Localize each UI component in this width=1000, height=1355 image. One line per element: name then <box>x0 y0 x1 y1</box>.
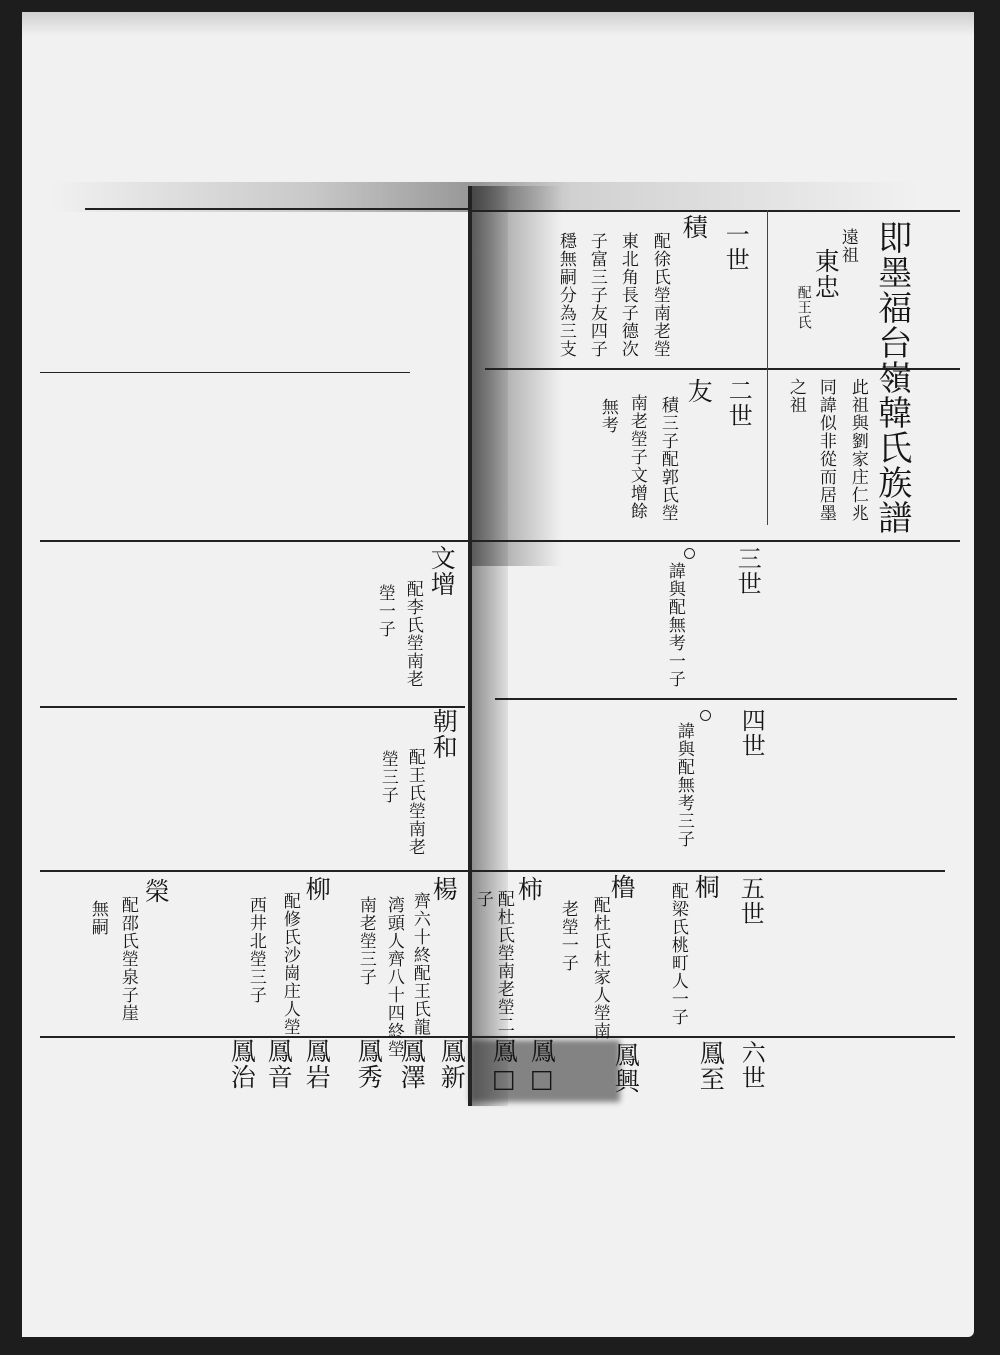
person-name-you: 友 <box>685 378 711 404</box>
person-note-you-1: 積三子配郭氏塋 <box>658 396 676 522</box>
rule-gen5 <box>40 870 945 872</box>
person-name-feng-illegible-2: 鳳□ <box>490 1038 516 1094</box>
person-name-fengxin: 鳳新 <box>438 1038 464 1090</box>
person-note-liu-1: 配修氏沙崗庄人塋 <box>280 892 298 1036</box>
ancestor-note-2: 同諱似非從而居墨 <box>816 378 834 522</box>
person-name-fengzhi2: 鳳治 <box>228 1038 254 1090</box>
person-note-ji-4: 穩無嗣分為三支 <box>556 232 574 358</box>
person-name-chaohe: 朝和 <box>430 708 456 760</box>
person-note-rong-1: 配邵氏塋泉子崖 <box>118 896 136 1022</box>
person-note-ji-2: 東北角長子德次 <box>618 232 636 358</box>
person-note-tong-1: 配梁氏桃町人一子 <box>668 882 686 1026</box>
person-note-ji-3: 子富三子友四子 <box>587 232 605 358</box>
person-note-wenzeng-1: 配李氏塋南老 <box>403 580 421 688</box>
person-note-rong-2: 無嗣 <box>88 900 106 936</box>
generation-label-5: 五世 <box>737 876 762 926</box>
person-note-wenzeng-2: 塋一子 <box>375 584 393 638</box>
person-note-yang-3: 南老塋三子 <box>356 896 374 986</box>
person-note-shi-2: 子 <box>473 890 491 908</box>
generation-label-2: 二世 <box>725 378 750 428</box>
person-note-liu-2: 西井北塋三子 <box>246 896 264 1004</box>
page-title: 即墨福台嶺韓氏族譜 <box>873 220 909 535</box>
person-note-chaohe-1: 配王氏塋南老 <box>405 748 423 856</box>
person-name-shi: 柿 <box>515 876 541 902</box>
rule-gen2 <box>40 372 410 373</box>
person-name-fengxing: 鳳興 <box>612 1042 638 1094</box>
person-note-lu-1: 配杜氏杜家人塋南 <box>590 896 608 1040</box>
person-note-yang-1: 齊六十終配王氏龍 <box>410 892 428 1036</box>
ancestor-name: 東忠 <box>812 248 838 300</box>
rule-gen4-right <box>495 698 957 700</box>
ancestor-label: 遠祖 <box>838 228 856 264</box>
unnamed-person-mark <box>700 710 711 721</box>
person-note-gen4-unnamed: 諱與配無考三子 <box>674 722 692 848</box>
person-name-fengzhi: 鳳至 <box>697 1040 723 1092</box>
person-name-wenzeng: 文增 <box>428 545 454 597</box>
person-name-lu: 橹 <box>608 874 634 900</box>
person-note-ji-1: 配徐氏塋南老塋 <box>650 232 668 358</box>
person-name-fengyan: 鳳岩 <box>303 1038 329 1090</box>
rule-top-right <box>470 210 960 212</box>
ancestor-note-3: 之祖 <box>786 378 804 414</box>
ancestor-note-1: 此祖與劉家庄仁兆 <box>848 378 866 522</box>
rule-gen3 <box>40 540 960 542</box>
rule-top-left <box>85 208 470 210</box>
person-note-chaohe-2: 塋三子 <box>378 750 396 804</box>
page-top-curl <box>22 12 974 36</box>
person-name-feng-illegible-1: 鳳□ <box>528 1038 554 1094</box>
person-name-yang: 楊 <box>430 876 456 902</box>
rule-gen4-left <box>40 706 465 708</box>
person-name-fengze: 鳳澤 <box>398 1038 424 1090</box>
generation-label-3: 三世 <box>734 546 759 596</box>
person-name-liu: 柳 <box>303 876 329 902</box>
person-name-rong: 榮 <box>142 878 168 904</box>
person-note-shi-1: 配杜氏塋南老塋二 <box>494 890 512 1034</box>
unnamed-person-mark <box>684 548 695 559</box>
generation-label-1: 一世 <box>722 222 747 272</box>
generation-label-4: 四世 <box>738 708 763 758</box>
ancestor-spouse: 配王氏 <box>796 285 811 330</box>
person-note-you-3: 無考 <box>598 398 616 434</box>
rule-vertical-ancestor <box>767 210 768 525</box>
person-name-ji: 積 <box>680 214 706 240</box>
person-note-yang-2: 湾頭人齊八十四終塋 <box>384 896 402 1058</box>
person-name-fengyin: 鳳音 <box>265 1038 291 1090</box>
person-name-fengxiu: 鳳秀 <box>355 1038 381 1090</box>
person-note-gen3-unnamed: 諱與配無考一子 <box>665 562 683 688</box>
person-note-lu-2: 老塋一子 <box>558 900 576 972</box>
person-name-tong: 桐 <box>692 874 718 900</box>
fold-shadow <box>472 186 562 566</box>
generation-label-6: 六世 <box>738 1040 763 1090</box>
person-note-you-2: 南老塋子文增餘 <box>627 394 645 520</box>
